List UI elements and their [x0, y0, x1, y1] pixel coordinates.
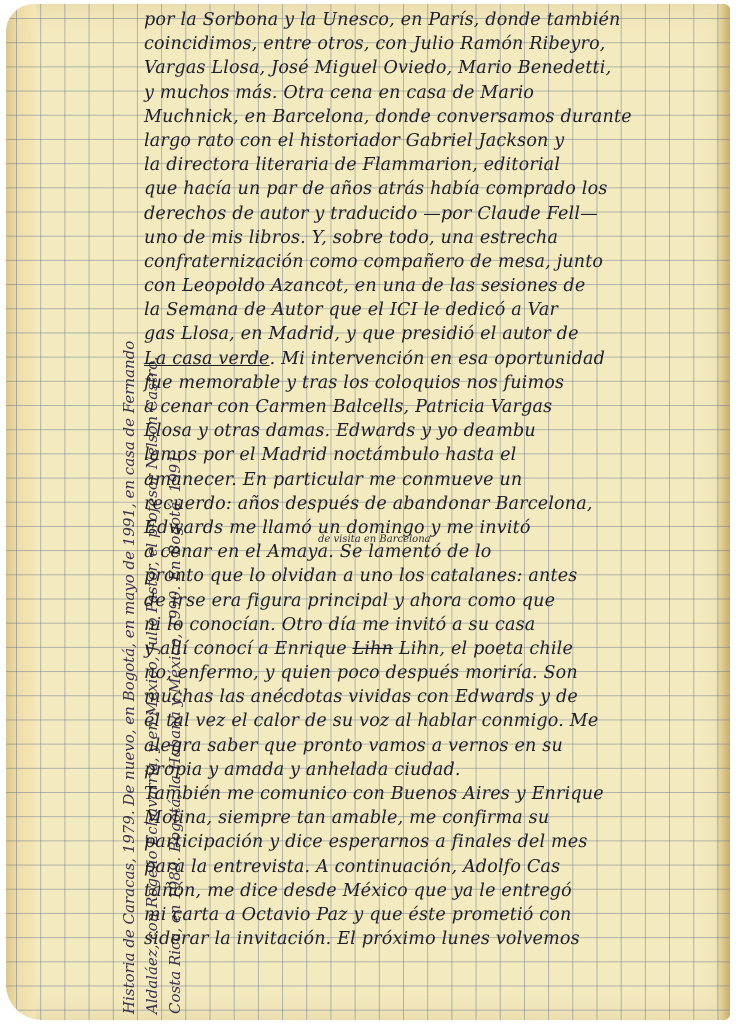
text-line: y muchos más. Otra cena en casa de Mario — [144, 81, 724, 105]
text-line: amanecer. En particular me conmueve un — [144, 468, 724, 492]
text-line: él tal vez el calor de su voz al hablar … — [144, 709, 724, 733]
text-line: con Leopoldo Azancot, en una de las sesi… — [144, 274, 724, 298]
text-line: recuerdo: años después de abandonar Barc… — [144, 492, 724, 516]
text-line: Muchnick, en Barcelona, donde conversamo… — [144, 105, 724, 129]
struck-word: Lihn — [353, 639, 394, 659]
text-line: También me comunico con Buenos Aires y E… — [144, 782, 724, 806]
text-line: mi carta a Octavio Paz y que éste promet… — [144, 903, 724, 927]
text-line: para la entrevista. A continuación, Adol… — [144, 855, 724, 879]
text-line: a cenar con Carmen Balcells, Patricia Va… — [144, 395, 724, 419]
text-line: lamos por el Madrid noctámbulo hasta el — [144, 443, 724, 467]
text-line: participación y dice esperarnos a finale… — [144, 830, 724, 854]
text-line: ni lo conocían. Otro día me invitó a su … — [144, 613, 724, 637]
text-line: Llosa y otras damas. Edwards y yo deambu — [144, 419, 724, 443]
margin-note-line: Historia de Caracas, 1979. De nuevo, en … — [118, 14, 141, 1014]
text-line: Vargas Llosa, José Miguel Oviedo, Mario … — [144, 56, 724, 80]
text-line: que hacía un par de años atrás había com… — [144, 177, 724, 201]
text-line: confraternización como compañero de mesa… — [144, 250, 724, 274]
text-line: Edwards me llamó un domingo y me invitó — [144, 516, 724, 540]
text-line: uno de mis libros. Y, sobre todo, una es… — [144, 226, 724, 250]
text-line: largo rato con el historiador Gabriel Ja… — [144, 129, 724, 153]
handwritten-insertion: de visita en Barcelona — [318, 534, 431, 545]
text-line: Molina, siempre tan amable, me confirma … — [144, 806, 724, 830]
text-line: la directora literaria de Flammarion, ed… — [144, 153, 724, 177]
text-line: no, enfermo, y quien poco después morirí… — [144, 661, 724, 685]
text-line: pronto que lo olvidan a uno los catalane… — [144, 564, 724, 588]
text-line: fue memorable y tras los coloquios nos f… — [144, 371, 724, 395]
text-line: la Semana de Autor que el ICI le dedicó … — [144, 298, 724, 322]
text-line: siderar la invitación. El próximo lunes … — [144, 927, 724, 951]
text-line-with-underlined-title: La casa verde. Mi intervención en esa op… — [144, 347, 724, 371]
text-line: de irse era figura principal y ahora com… — [144, 589, 724, 613]
text-line: muchas las anécdotas vividas con Edwards… — [144, 685, 724, 709]
text-line: coincidimos, entre otros, con Julio Ramó… — [144, 32, 724, 56]
text-line: tañón, me dice desde México que ya le en… — [144, 879, 724, 903]
text-line: derechos de autor y traducido —por Claud… — [144, 202, 724, 226]
text-line: propia y amada y anhelada ciudad. — [144, 758, 724, 782]
text-line: gas Llosa, en Madrid, y que presidió el … — [144, 322, 724, 346]
text-line: alegra saber que pronto vamos a vernos e… — [144, 734, 724, 758]
text-line: y allí conocí a Enrique Lihn Lihn, el po… — [144, 637, 724, 661]
handwritten-body: por la Sorbona y la Unesco, en París, do… — [144, 8, 724, 951]
text-line: por la Sorbona y la Unesco, en París, do… — [144, 8, 724, 32]
underlined-book-title: La casa verde — [144, 349, 270, 369]
notebook-page: ... Historia de Caracas, 1979. De nuevo,… — [6, 4, 730, 1020]
text-line: a cenar en el Amaya. Se lamentó de lo — [144, 540, 724, 564]
